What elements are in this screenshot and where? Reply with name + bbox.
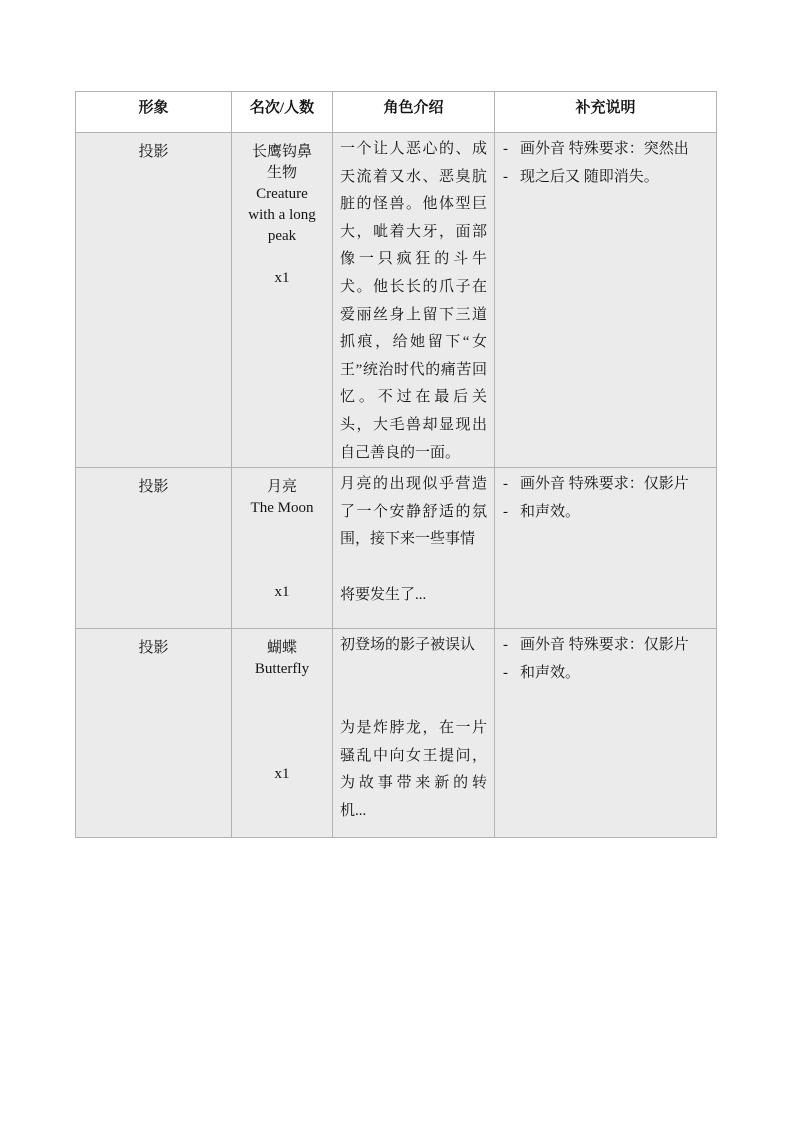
name-count-cell: 蝴蝶Butterflyx1 bbox=[232, 629, 333, 838]
image-type-cell: 投影 bbox=[76, 468, 232, 629]
note-item: -现之后又 随即消失。 bbox=[503, 164, 710, 192]
description-line: 骚乱中向女王提问， bbox=[340, 743, 487, 771]
description-cell: 月亮的出现似乎营造了一个安静舒适的氛围，接下来一些事情将要发生了... bbox=[333, 468, 495, 629]
blank-line bbox=[232, 519, 332, 540]
name-line: The Moon bbox=[232, 498, 332, 519]
blank-line bbox=[232, 701, 332, 722]
description-line: 围，接下来一些事情 bbox=[340, 526, 487, 554]
dash-marker: - bbox=[503, 471, 520, 499]
description-line: 机... bbox=[340, 798, 487, 826]
note-item: -和声效。 bbox=[503, 660, 710, 688]
table-row: 投影蝴蝶Butterflyx1初登场的影子被误认为是炸脖龙，在一片骚乱中向女王提… bbox=[76, 629, 717, 838]
name-line: with a long bbox=[232, 205, 332, 226]
table-row: 投影长鹰钩鼻生物Creaturewith a longpeakx1一个让人恶心的… bbox=[76, 133, 717, 468]
column-header-1: 形象 bbox=[76, 92, 232, 133]
image-type-cell: 投影 bbox=[76, 133, 232, 468]
description-line: 为是炸脖龙，在一片 bbox=[340, 715, 487, 743]
note-text: 和声效。 bbox=[520, 660, 710, 688]
table-row: 投影月亮The Moonx1月亮的出现似乎营造了一个安静舒适的氛围，接下来一些事… bbox=[76, 468, 717, 629]
table-body: 投影长鹰钩鼻生物Creaturewith a longpeakx1一个让人恶心的… bbox=[76, 133, 717, 838]
image-type-label: 投影 bbox=[76, 477, 231, 498]
blank-line bbox=[340, 687, 487, 715]
name-line: 月亮 bbox=[232, 477, 332, 498]
note-text: 画外音 特殊要求：仅影片 bbox=[520, 632, 710, 660]
description-line: 犬。他长长的爪子在 bbox=[340, 274, 487, 302]
notes-cell: -画外音 特殊要求：仅影片-和声效。 bbox=[495, 629, 717, 838]
description-line: 头，大毛兽却显现出 bbox=[340, 412, 487, 440]
blank-line bbox=[232, 743, 332, 764]
notes-cell: -画外音 特殊要求：仅影片-和声效。 bbox=[495, 468, 717, 629]
note-item: -和声效。 bbox=[503, 499, 710, 527]
description-line: 爱丽丝身上留下三道 bbox=[340, 302, 487, 330]
name-line: 生物 bbox=[232, 163, 332, 184]
dash-marker: - bbox=[503, 164, 520, 192]
image-type-label: 投影 bbox=[76, 638, 231, 659]
description-cell: 初登场的影子被误认为是炸脖龙，在一片骚乱中向女王提问，为故事带来新的转机... bbox=[333, 629, 495, 838]
description-cell: 一个让人恶心的、成天流着又水、恶臭肮脏的怪兽。他体型巨大，呲着大牙，面部像一只疯… bbox=[333, 133, 495, 468]
description-line: 抓痕，给她留下“女 bbox=[340, 329, 487, 357]
description-line: 脏的怪兽。他体型巨 bbox=[340, 191, 487, 219]
character-table: 形象名次/人数角色介绍补充说明 投影长鹰钩鼻生物Creaturewith a l… bbox=[75, 91, 717, 838]
header-row: 形象名次/人数角色介绍补充说明 bbox=[76, 92, 717, 133]
blank-line bbox=[340, 554, 487, 582]
name-line: 蝴蝶 bbox=[232, 638, 332, 659]
name-line: x1 bbox=[232, 764, 332, 785]
name-line: 长鹰钩鼻 bbox=[232, 142, 332, 163]
description-line: 了一个安静舒适的氛 bbox=[340, 499, 487, 527]
name-line: Creature bbox=[232, 184, 332, 205]
description-line: 一个让人恶心的、成 bbox=[340, 136, 487, 164]
description-line: 将要发生了... bbox=[340, 582, 487, 610]
dash-marker: - bbox=[503, 632, 520, 660]
description-line: 天流着又水、恶臭肮 bbox=[340, 164, 487, 192]
note-text: 画外音 特殊要求：仅影片 bbox=[520, 471, 710, 499]
note-item: -画外音 特殊要求：仅影片 bbox=[503, 632, 710, 660]
name-line: x1 bbox=[232, 268, 332, 289]
description-line: 初登场的影子被误认 bbox=[340, 632, 487, 660]
notes-cell: -画外音 特殊要求：突然出-现之后又 随即消失。 bbox=[495, 133, 717, 468]
name-line: x1 bbox=[232, 582, 332, 603]
blank-line bbox=[340, 660, 487, 688]
blank-line bbox=[232, 247, 332, 268]
dash-marker: - bbox=[503, 136, 520, 164]
name-line: Butterfly bbox=[232, 659, 332, 680]
column-header-3: 角色介绍 bbox=[333, 92, 495, 133]
name-line: peak bbox=[232, 226, 332, 247]
dash-marker: - bbox=[503, 660, 520, 688]
note-text: 现之后又 随即消失。 bbox=[520, 164, 710, 192]
note-item: -画外音 特殊要求：仅影片 bbox=[503, 471, 710, 499]
description-line: 自己善良的一面。 bbox=[340, 440, 487, 468]
description-line: 忆。不过在最后关 bbox=[340, 384, 487, 412]
blank-line bbox=[232, 540, 332, 561]
name-count-cell: 长鹰钩鼻生物Creaturewith a longpeakx1 bbox=[232, 133, 333, 468]
description-line: 为故事带来新的转 bbox=[340, 770, 487, 798]
note-text: 和声效。 bbox=[520, 499, 710, 527]
document-page: 形象名次/人数角色介绍补充说明 投影长鹰钩鼻生物Creaturewith a l… bbox=[0, 0, 793, 1122]
blank-line bbox=[232, 680, 332, 701]
note-text: 画外音 特殊要求：突然出 bbox=[520, 136, 710, 164]
description-line: 大，呲着大牙，面部 bbox=[340, 219, 487, 247]
table-header: 形象名次/人数角色介绍补充说明 bbox=[76, 92, 717, 133]
description-line: 王”统治时代的痛苦回 bbox=[340, 357, 487, 385]
column-header-2: 名次/人数 bbox=[232, 92, 333, 133]
image-type-cell: 投影 bbox=[76, 629, 232, 838]
description-line: 月亮的出现似乎营造 bbox=[340, 471, 487, 499]
column-header-4: 补充说明 bbox=[495, 92, 717, 133]
description-line: 像一只疯狂的斗牛 bbox=[340, 246, 487, 274]
image-type-label: 投影 bbox=[76, 142, 231, 163]
blank-line bbox=[232, 722, 332, 743]
blank-line bbox=[232, 561, 332, 582]
name-count-cell: 月亮The Moonx1 bbox=[232, 468, 333, 629]
dash-marker: - bbox=[503, 499, 520, 527]
note-item: -画外音 特殊要求：突然出 bbox=[503, 136, 710, 164]
